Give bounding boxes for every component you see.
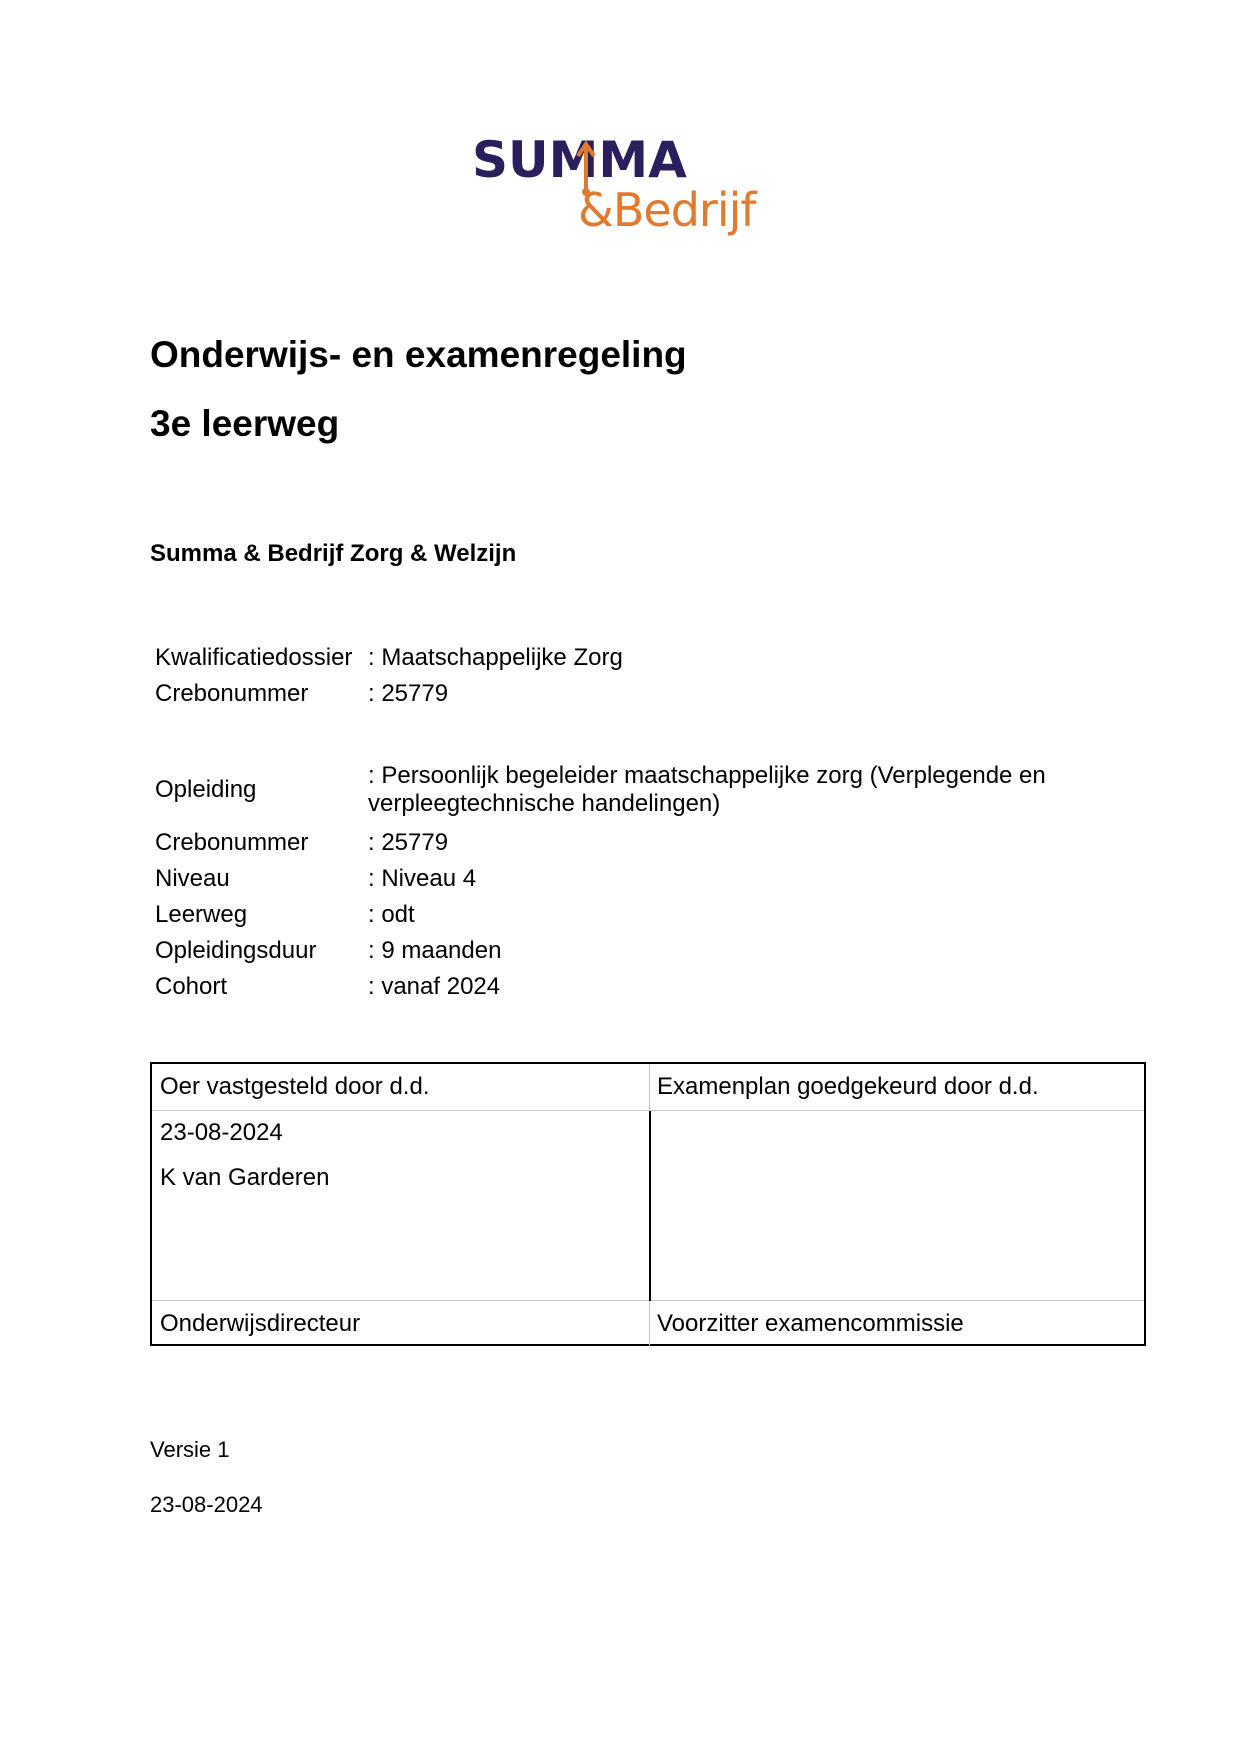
crebonummer-label-2: Crebonummer	[155, 829, 308, 857]
version-label: Versie 1	[150, 1437, 230, 1463]
examenplan-header: Examenplan goedgekeurd door d.d.	[657, 1073, 1039, 1101]
leerweg-label: Leerweg	[155, 901, 247, 929]
cohort-label: Cohort	[155, 973, 227, 1001]
crebonummer-value: : 25779	[368, 680, 448, 708]
version-date: 23-08-2024	[150, 1492, 263, 1518]
oer-signatory: K van Garderen	[160, 1164, 329, 1192]
document-subtitle: 3e leerweg	[150, 403, 339, 445]
voorzitter-role: Voorzitter examencommissie	[657, 1310, 964, 1338]
onderwijsdirecteur-role: Onderwijsdirecteur	[160, 1310, 360, 1338]
table-column-divider	[649, 1064, 650, 1110]
cohort-value: : vanaf 2024	[368, 973, 500, 1001]
crebonummer-label: Crebonummer	[155, 680, 308, 708]
opleiding-value-line2: verpleegtechnische handelingen)	[368, 790, 720, 818]
oer-header: Oer vastgesteld door d.d.	[160, 1073, 429, 1101]
table-column-divider	[649, 1301, 650, 1346]
table-divider-header	[152, 1110, 1144, 1111]
opleiding-label: Opleiding	[155, 776, 256, 804]
logo-bedrijf-text: &Bedrijf	[578, 184, 756, 236]
oer-date: 23-08-2024	[160, 1119, 283, 1147]
crebonummer-value-2: : 25779	[368, 829, 448, 857]
signature-table: Oer vastgesteld door d.d. Examenplan goe…	[150, 1062, 1146, 1346]
organization-name: Summa & Bedrijf Zorg & Welzijn	[150, 540, 516, 568]
kwalificatiedossier-value: : Maatschappelijke Zorg	[368, 644, 623, 672]
opleiding-value-line1: : Persoonlijk begeleider maatschappelijk…	[368, 762, 1046, 790]
opleidingsduur-label: Opleidingsduur	[155, 937, 316, 965]
kwalificatiedossier-label: Kwalificatiedossier	[155, 644, 352, 672]
summa-bedrijf-logo: SUMMA &Bedrijf	[468, 132, 768, 242]
niveau-label: Niveau	[155, 865, 230, 893]
opleidingsduur-value: : 9 maanden	[368, 937, 501, 965]
table-column-divider	[649, 1111, 651, 1301]
niveau-value: : Niveau 4	[368, 865, 476, 893]
leerweg-value: : odt	[368, 901, 415, 929]
document-title: Onderwijs- en examenregeling	[150, 334, 687, 376]
table-divider-footer	[152, 1300, 1144, 1301]
